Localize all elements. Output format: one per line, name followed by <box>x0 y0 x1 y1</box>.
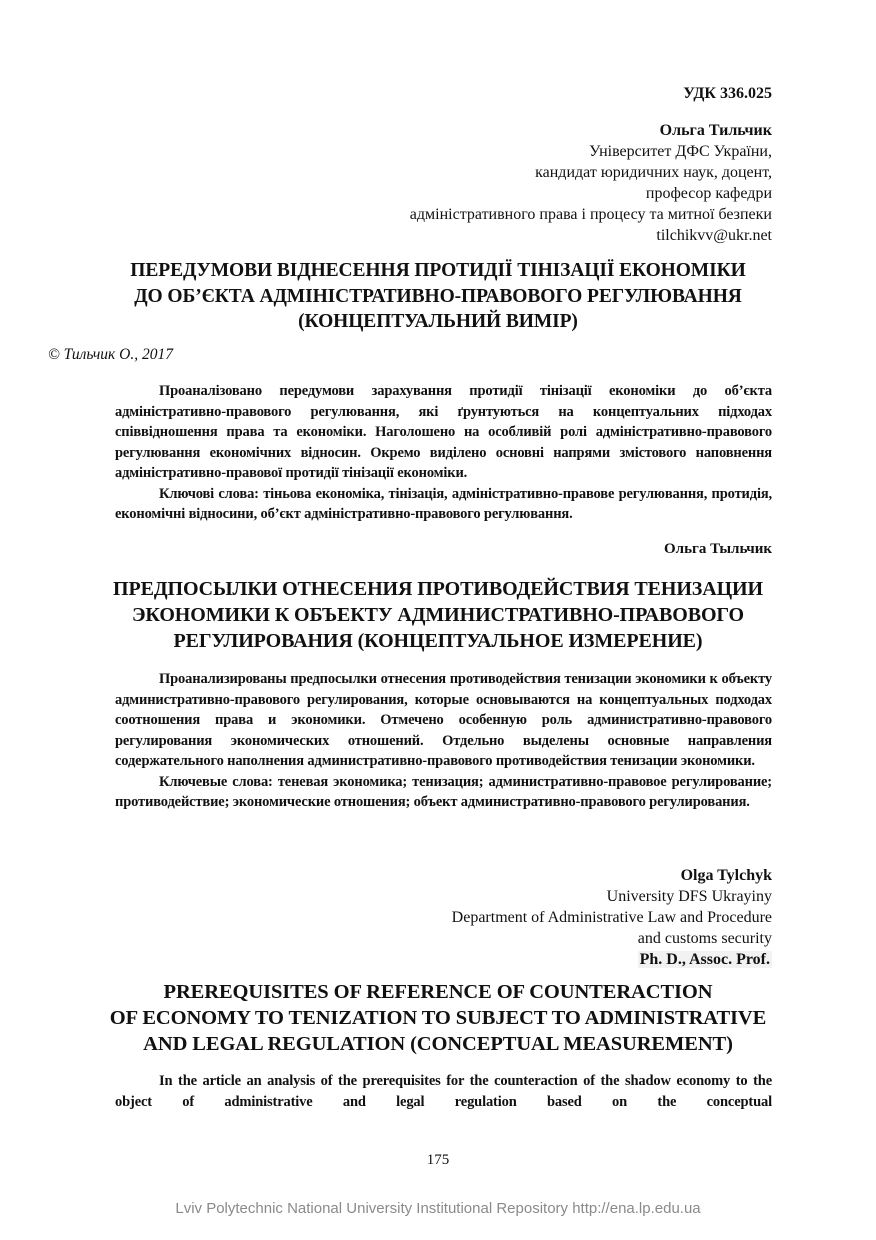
author-block-en: Olga Tylchyk University DFS Ukrayiny Dep… <box>452 865 772 970</box>
title-line: РЕГУЛИРОВАНИЯ (КОНЦЕПТУАЛЬНОЕ ИЗМЕРЕНИЕ) <box>60 628 816 654</box>
title-line: ПЕРЕДУМОВИ ВІДНЕСЕННЯ ПРОТИДІЇ ТІНІЗАЦІЇ… <box>60 258 816 284</box>
title-ua: ПЕРЕДУМОВИ ВІДНЕСЕННЯ ПРОТИДІЇ ТІНІЗАЦІЇ… <box>60 258 816 335</box>
author-degree: Ph. D., Assoc. Prof. <box>638 951 772 968</box>
abstract-ru: Проанализированы предпосылки отнесения п… <box>115 669 772 813</box>
title-line: PREREQUISITES OF REFERENCE OF COUNTERACT… <box>60 979 816 1005</box>
page-number: 175 <box>0 1152 876 1169</box>
keywords: Ключевые слова: теневая экономика; тениз… <box>115 772 772 813</box>
title-line: ПРЕДПОСЫЛКИ ОТНЕСЕНИЯ ПРОТИВОДЕЙСТВИЯ ТЕ… <box>60 576 816 602</box>
abstract-en: In the article an analysis of the prereq… <box>115 1071 772 1112</box>
title-line: OF ECONOMY TO TENIZATION TO SUBJECT TO A… <box>60 1005 816 1031</box>
abstract-text: In the article an analysis of the prereq… <box>115 1071 772 1112</box>
affiliation-line: and customs security <box>452 928 772 949</box>
title-line: AND LEGAL REGULATION (CONCEPTUAL MEASURE… <box>60 1031 816 1057</box>
udc-code: УДК 336.025 <box>683 85 772 103</box>
title-ru: ПРЕДПОСЫЛКИ ОТНЕСЕНИЯ ПРОТИВОДЕЙСТВИЯ ТЕ… <box>60 576 816 654</box>
affiliation-line: Університет ДФС України, <box>410 141 772 162</box>
keywords: Ключові слова: тіньова економіка, тініза… <box>115 484 772 525</box>
title-line: ДО ОБ’ЄКТА АДМІНІСТРАТИВНО-ПРАВОВОГО РЕГ… <box>60 284 816 310</box>
title-line: (КОНЦЕПТУАЛЬНИЙ ВИМІР) <box>60 309 816 335</box>
repository-footer: Lviv Polytechnic National University Ins… <box>0 1200 876 1217</box>
copyright: © Тильчик О., 2017 <box>48 346 173 364</box>
author-email: tilchikvv@ukr.net <box>410 225 772 246</box>
affiliation-line: адміністративного права і процесу та мит… <box>410 204 772 225</box>
abstract-text: Проаналізовано передумови зарахування пр… <box>115 381 772 484</box>
affiliation-line: University DFS Ukrayiny <box>452 886 772 907</box>
abstract-ua: Проаналізовано передумови зарахування пр… <box>115 381 772 525</box>
affiliation-line: кандидат юридичних наук, доцент, <box>410 162 772 183</box>
author-name-ua: Ольга Тильчик <box>410 120 772 141</box>
affiliation-line: професор кафедри <box>410 183 772 204</box>
affiliation-line: Department of Administrative Law and Pro… <box>452 907 772 928</box>
author-name-en: Olga Tylchyk <box>452 865 772 886</box>
abstract-text: Проанализированы предпосылки отнесения п… <box>115 669 772 772</box>
author-block-ua: Ольга Тильчик Університет ДФС України, к… <box>410 120 772 246</box>
title-line: ЭКОНОМИКИ К ОБЪЕКТУ АДМИНИСТРАТИВНО-ПРАВ… <box>60 602 816 628</box>
author-name-ru: Ольга Тыльчик <box>664 541 772 558</box>
title-en: PREREQUISITES OF REFERENCE OF COUNTERACT… <box>60 979 816 1057</box>
